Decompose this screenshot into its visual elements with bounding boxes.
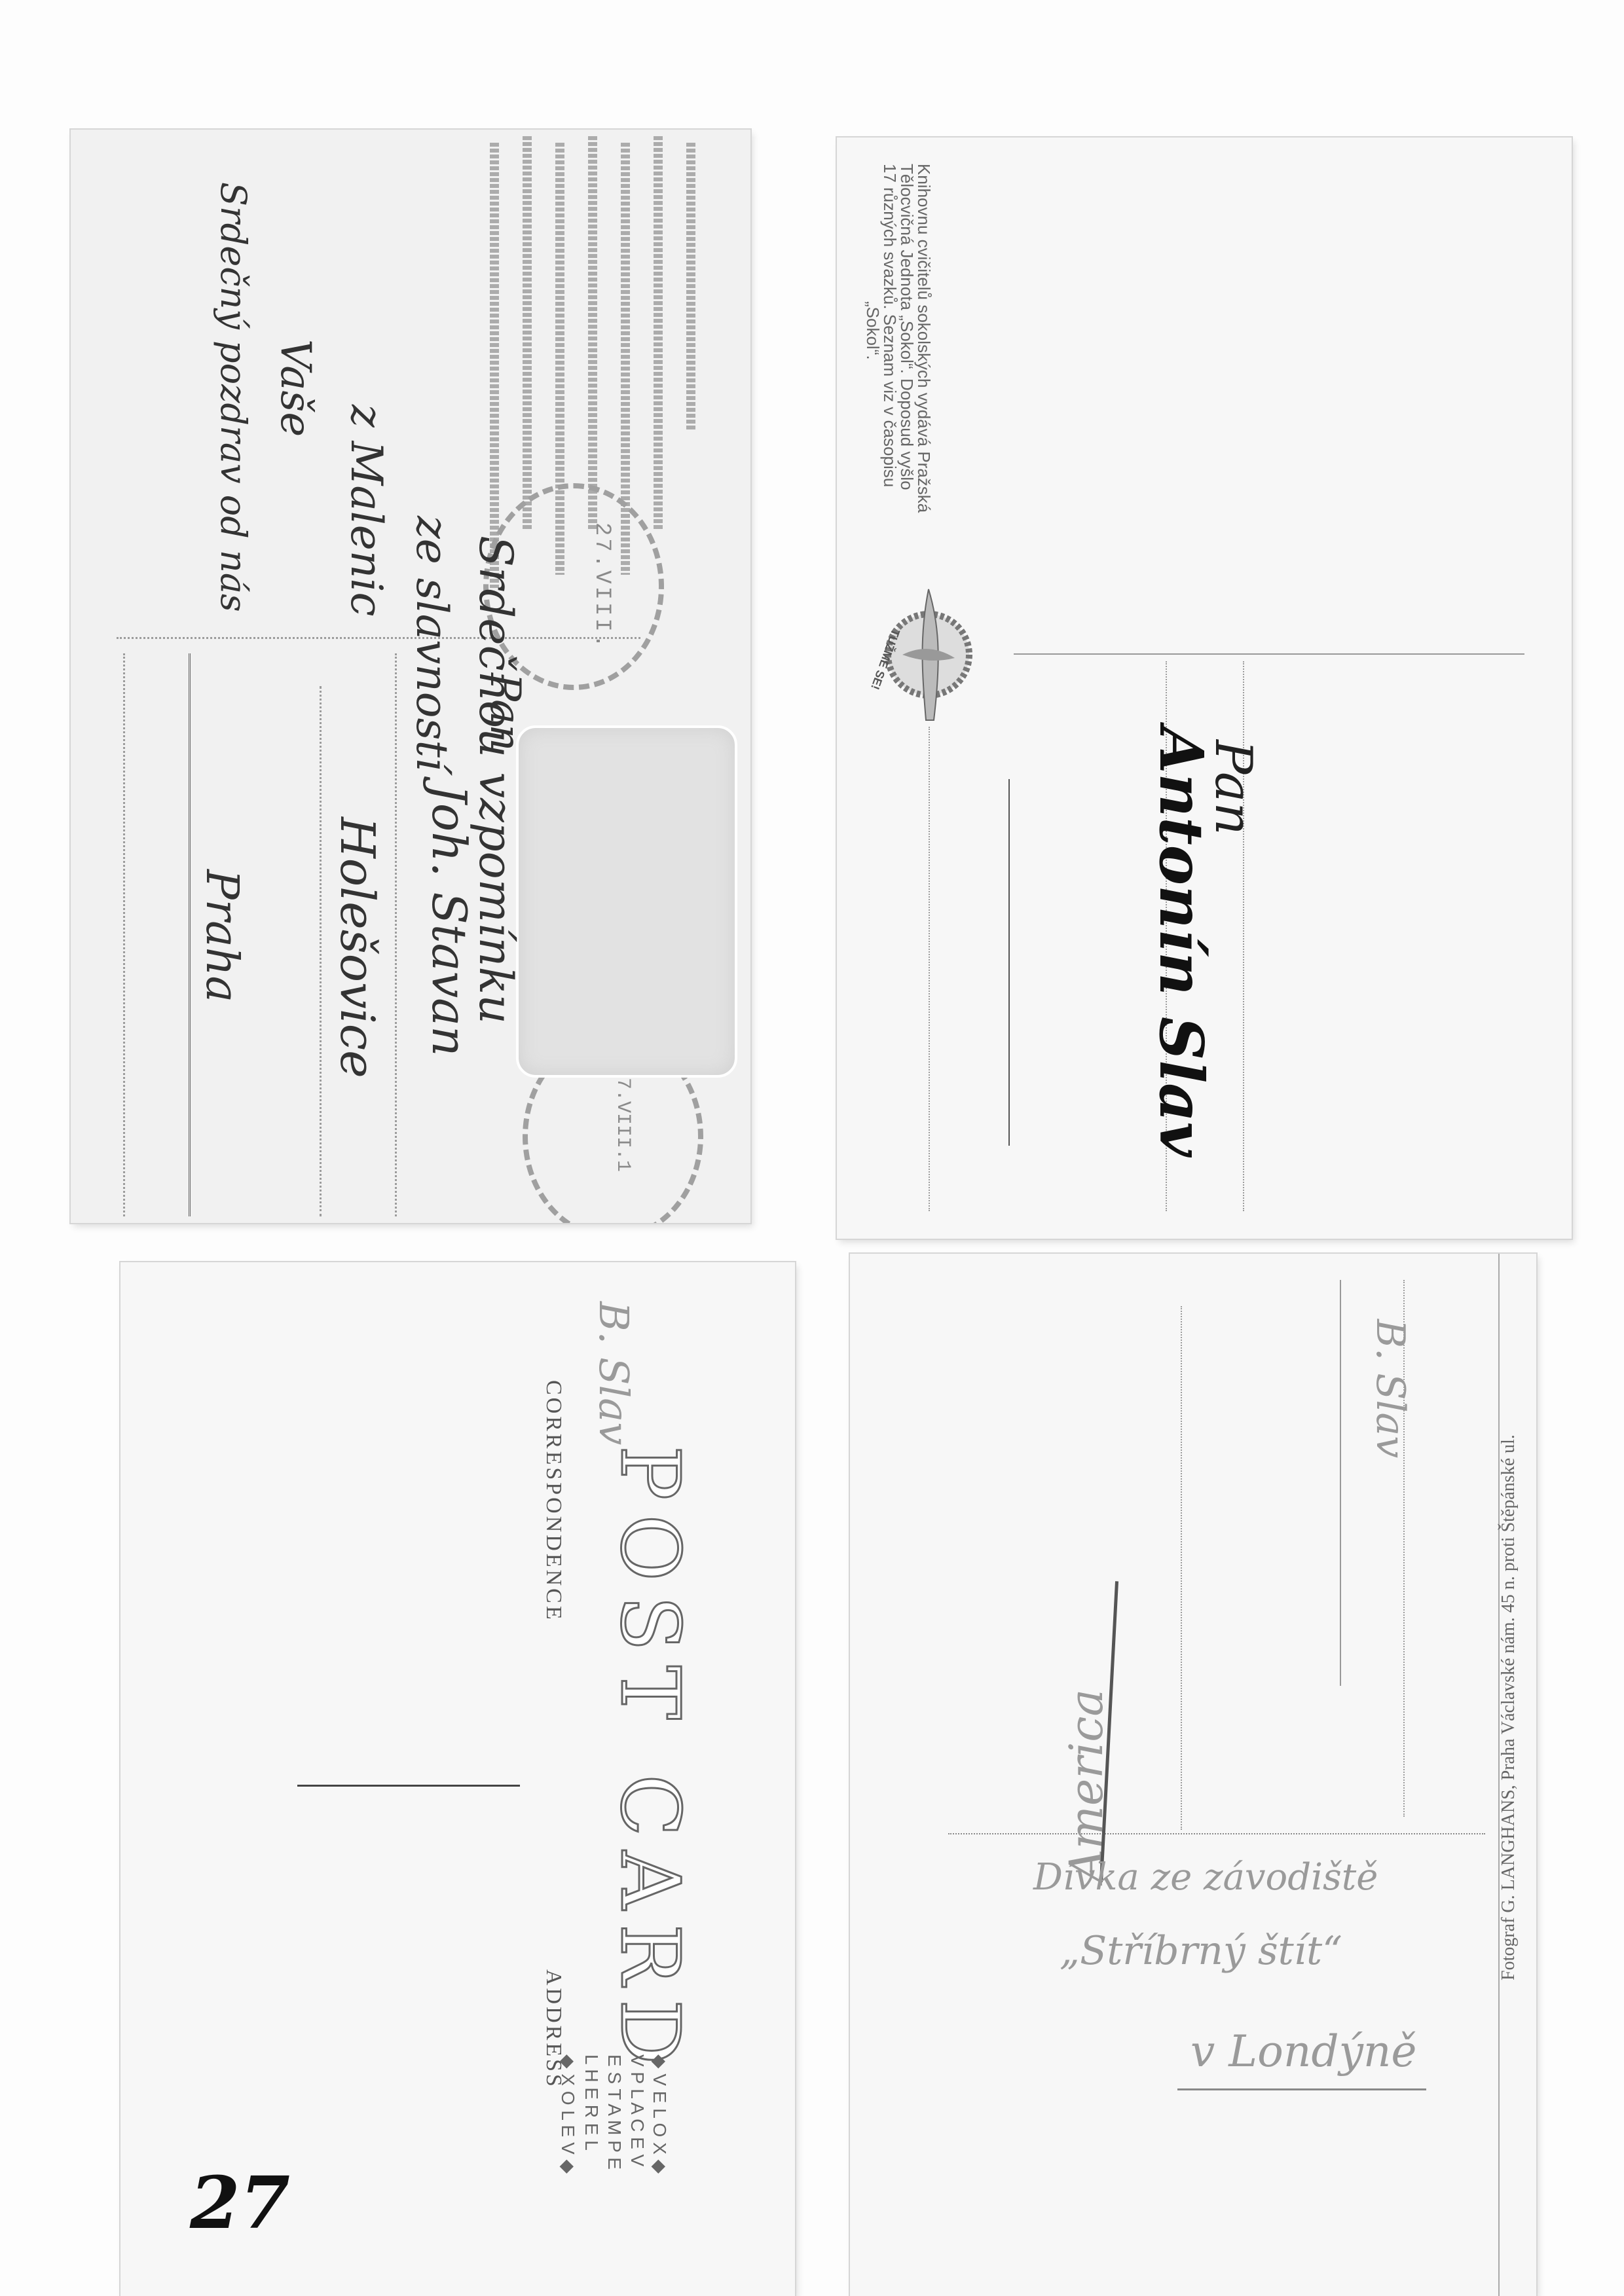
stamp-box-row-5: ◆ X O L E V ◆	[557, 2054, 579, 2174]
address-line-2	[189, 653, 191, 1216]
caption-underline	[1177, 2088, 1426, 2090]
address-name: Antonín Slav	[1146, 727, 1217, 1157]
message-line-3: z Malenic	[341, 405, 392, 616]
address-line-1	[929, 727, 930, 1211]
stamp-box-row-4: L H E R E L	[581, 2054, 602, 2151]
address-line-name-4: Praha	[196, 869, 248, 1002]
postcard-top-left: 27.VIII. 27.VIII.1 Srdečnou vzpomínku ze…	[71, 130, 750, 1223]
pencil-note: B. Slav	[1367, 1319, 1413, 1458]
message-line-5: Srdečný pozdrav od nás	[213, 182, 254, 612]
divider-line	[297, 1785, 520, 1787]
postcard-bottom-right: Fotograf G. LANGHANS, Praha Václavské ná…	[850, 1254, 1536, 2296]
sokol-emblem: TUŽME SE!	[876, 576, 981, 733]
postcard-title: POST CARD	[602, 1446, 697, 2079]
address-line-name-3: Holešovice	[330, 817, 385, 1078]
correspondence-label: CORRESPONDENCE	[541, 1380, 566, 1622]
address-line-3	[320, 686, 322, 1216]
postcard-bottom-left: POST CARD CORRESPONDENCE ADDRESS ◆ V E L…	[120, 1262, 795, 2296]
address-line-1	[123, 653, 125, 1216]
page-number: 27	[190, 2160, 290, 2245]
stamp-box-row-1: ◆ V E L O X ◆	[649, 2054, 671, 2174]
pencil-caption-line-3: v Londýně	[1190, 2026, 1416, 2077]
divider-line	[117, 637, 640, 639]
publisher-imprint: Fotograf G. LANGHANS, Praha Václavské ná…	[1498, 1434, 1519, 1980]
message-line-2: ze slavností	[407, 516, 457, 771]
message-line-1: Srdečnou vzpomínku	[469, 536, 523, 1024]
divider-line	[1014, 653, 1524, 655]
address-line-4	[395, 653, 397, 1216]
pencil-caption-line-2: „Stříbrný štít“	[1060, 1928, 1342, 1974]
message-line-4: Vaše	[271, 339, 320, 437]
pencil-note: B. Slav	[590, 1302, 638, 1445]
address-line-name-2: Joh. Stavan	[422, 784, 477, 1057]
stamp-box-row-2: V P L A C E V	[627, 2054, 648, 2166]
postmark-date-upper: 27.VIII.	[589, 522, 614, 650]
postmark-date-lower: 27.VIII.1	[612, 1066, 634, 1172]
address-line-3	[1340, 1280, 1341, 1686]
stamp-box: ◆ V E L O X ◆ V P L A C E V E S T A M P …	[513, 2048, 684, 2231]
divider-line	[948, 1833, 1485, 1834]
stamp-box-row-3: E S T A M P E	[604, 2054, 625, 2170]
postcard-top-right: Knihovnu cvičitelů sokolských vydává Pra…	[837, 137, 1572, 1239]
stamp-remnant	[516, 725, 737, 1078]
pencil-caption-line-1: Dívka ze závodiště	[1033, 1856, 1378, 1899]
address-line-2	[1008, 779, 1010, 1146]
address-line-name-1: Pan	[481, 673, 529, 752]
address-line-1	[1181, 1306, 1182, 1830]
printed-line-4: „Sokol“.	[862, 301, 883, 360]
